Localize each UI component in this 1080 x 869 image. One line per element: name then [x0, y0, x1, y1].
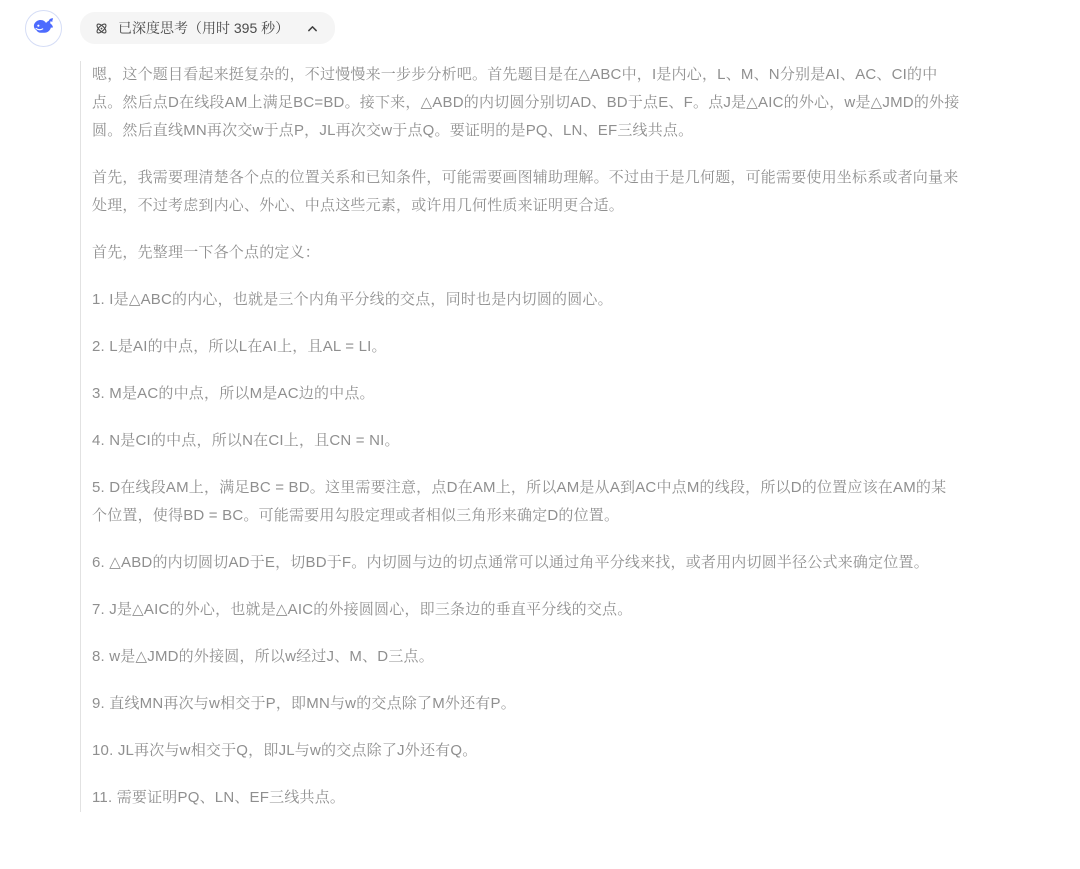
thought-list-item: 1. I是△ABC的内心，也就是三个内角平分线的交点，同时也是内切圆的圆心。	[92, 286, 960, 314]
thought-paragraph: 首先，先整理一下各个点的定义：	[92, 239, 960, 267]
thought-list-item: 10. JL再次与w相交于Q，即JL与w的交点除了J外还有Q。	[92, 737, 960, 765]
deepthink-icon	[94, 21, 109, 36]
deepseek-whale-icon	[31, 13, 57, 44]
thought-list-item: 4. N是CI的中点，所以N在CI上，且CN = NI。	[92, 427, 960, 455]
thought-list-item: 5. D在线段AM上，满足BC = BD。这里需要注意，点D在AM上，所以AM是…	[92, 474, 960, 530]
thought-paragraph: 嗯，这个题目看起来挺复杂的，不过慢慢来一步步分析吧。首先题目是在△ABC中，I是…	[92, 61, 960, 145]
thought-list-item: 6. △ABD的内切圆切AD于E，切BD于F。内切圆与边的切点通常可以通过角平分…	[92, 549, 960, 577]
thought-list-item: 2. L是AI的中点，所以L在AI上，且AL = LI。	[92, 333, 960, 361]
deep-think-toggle-button[interactable]: 已深度思考（用时 395 秒）	[80, 12, 335, 44]
assistant-message: 已深度思考（用时 395 秒） 嗯，这个题目看起来挺复杂的，不过慢慢来一步步分析…	[0, 0, 1080, 812]
thought-list-item: 3. M是AC的中点，所以M是AC边的中点。	[92, 380, 960, 408]
chevron-up-icon	[306, 22, 319, 35]
thought-paragraph: 首先，我需要理清楚各个点的位置关系和已知条件，可能需要画图辅助理解。不过由于是几…	[92, 164, 960, 220]
assistant-avatar	[25, 10, 62, 47]
thinking-content: 嗯，这个题目看起来挺复杂的，不过慢慢来一步步分析吧。首先题目是在△ABC中，I是…	[80, 61, 960, 812]
thought-list-item: 7. J是△AIC的外心，也就是△AIC的外接圆圆心，即三条边的垂直平分线的交点…	[92, 596, 960, 624]
thought-list-item: 11. 需要证明PQ、LN、EF三线共点。	[92, 784, 960, 812]
thought-list-item: 9. 直线MN再次与w相交于P，即MN与w的交点除了M外还有P。	[92, 690, 960, 718]
deep-think-toggle-label: 已深度思考（用时 395 秒）	[118, 20, 289, 36]
thought-list-item: 8. w是△JMD的外接圆，所以w经过J、M、D三点。	[92, 643, 960, 671]
assistant-message-body: 已深度思考（用时 395 秒） 嗯，这个题目看起来挺复杂的，不过慢慢来一步步分析…	[80, 10, 1080, 812]
